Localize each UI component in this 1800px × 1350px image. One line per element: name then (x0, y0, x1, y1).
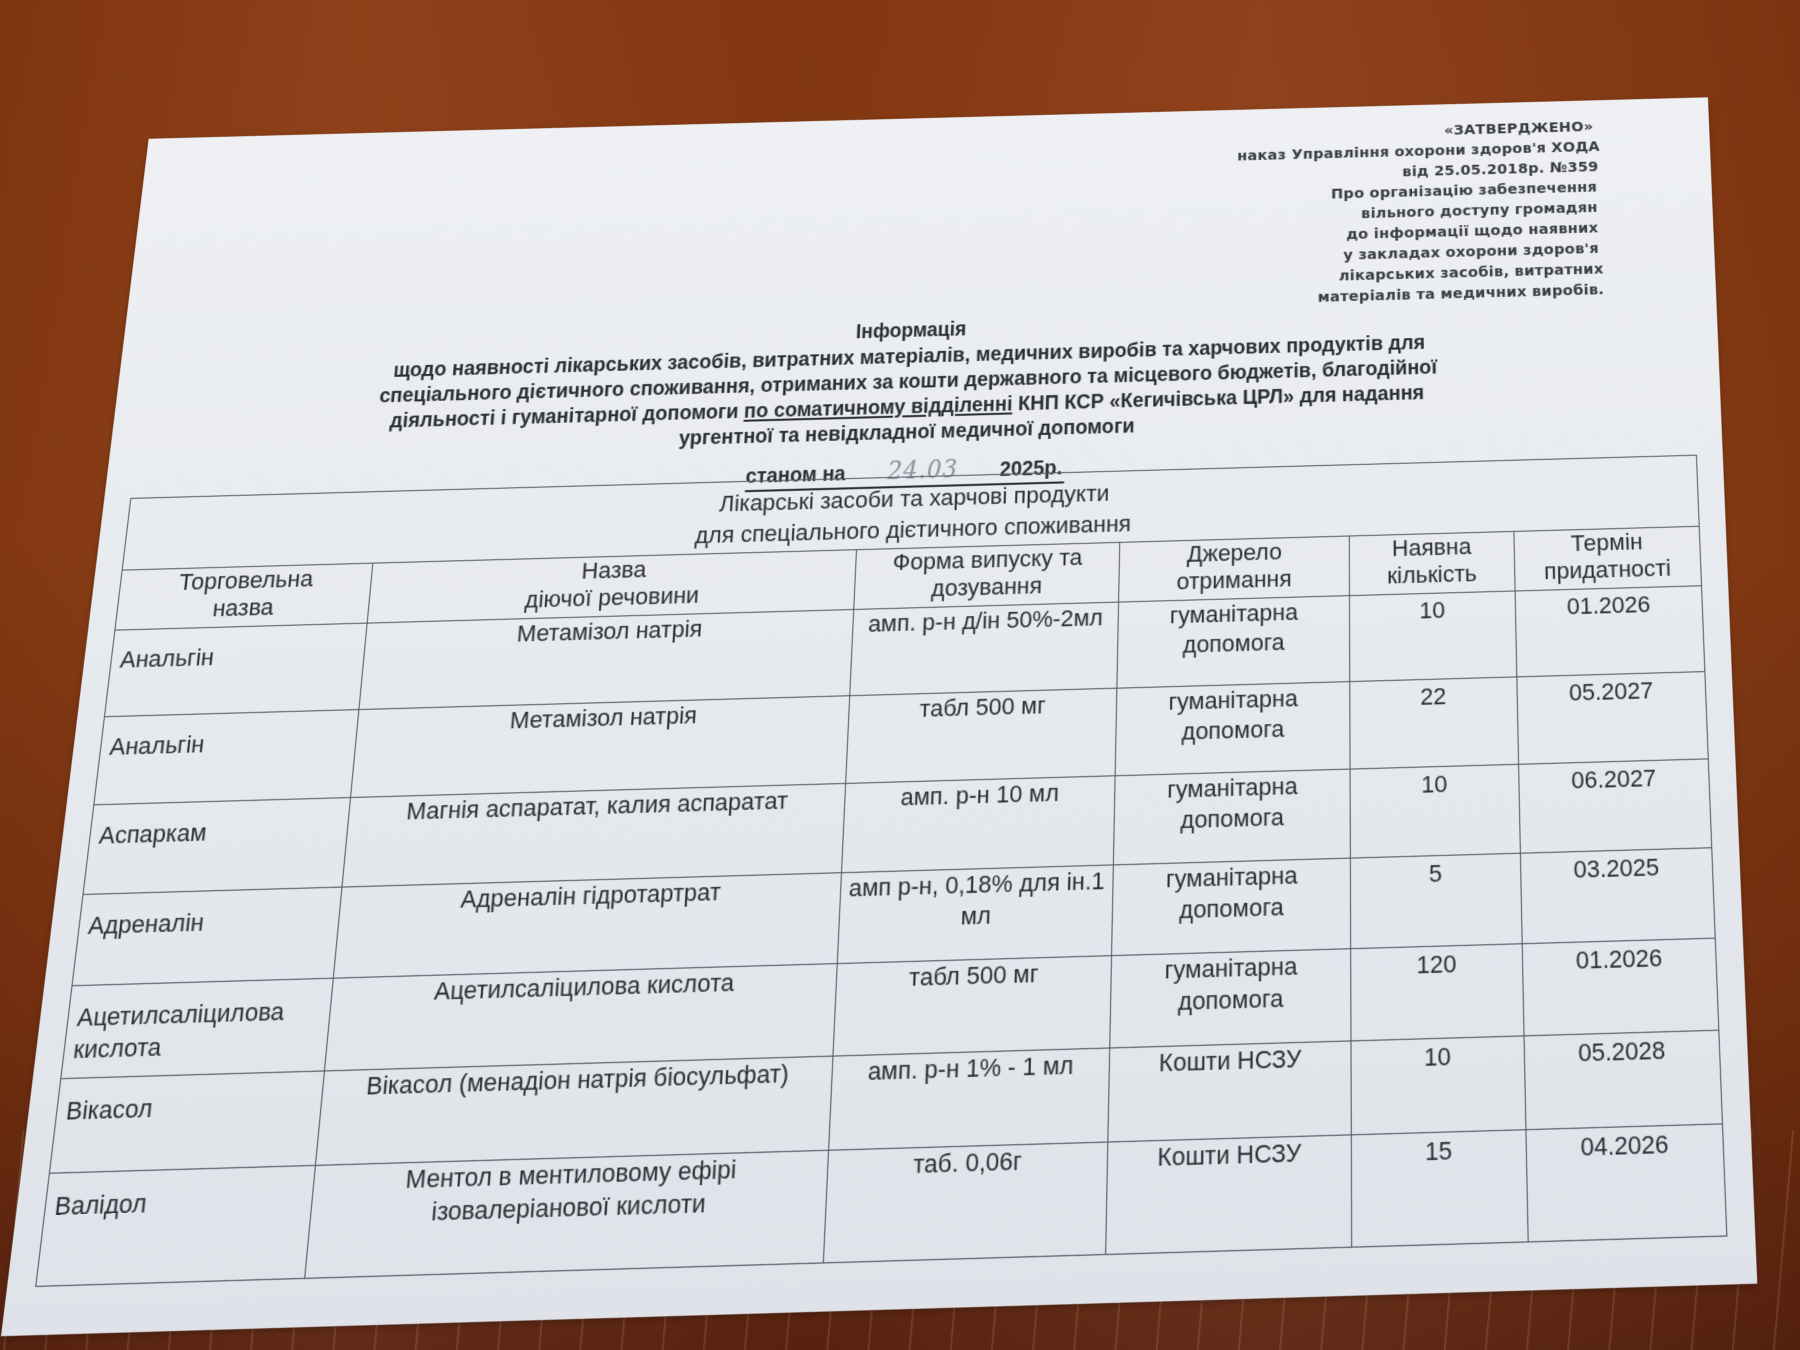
cell-trade-name: Анальгін (104, 623, 367, 717)
cell-dosage-form: табл 500 мг (846, 688, 1117, 783)
cell-expiry-date: 05.2027 (1516, 672, 1708, 765)
cell-source: гуманітарна допомога (1117, 596, 1350, 689)
cell-active-substance: Вікасол (менадіон натрія біосульфат) (316, 1056, 833, 1165)
cell-expiry-date: 04.2026 (1525, 1124, 1726, 1242)
column-header-quantity: Наявнакількість (1349, 531, 1514, 595)
column-header-text: отримання (1125, 564, 1343, 597)
cell-dosage-form: таб. 0,06г (823, 1142, 1107, 1263)
cell-trade-name: Валідол (36, 1165, 316, 1286)
photo-scene: «ЗАТВЕРДЖЕНО» наказ Управління охорони з… (0, 0, 1800, 1350)
cell-source: Кошти НСЗУ (1105, 1135, 1351, 1255)
cell-trade-name: Вікасол (49, 1071, 324, 1173)
cell-trade-name: Аспаркам (83, 798, 351, 895)
cell-source: гуманітарна допомога (1109, 949, 1351, 1048)
column-header-expiry-date: Термінпридатності (1513, 526, 1701, 591)
cell-expiry-date: 01.2026 (1515, 586, 1705, 677)
column-header-text: Наявна (1356, 532, 1507, 563)
cell-trade-name: Ацетилсаліцилова кислота (61, 978, 334, 1078)
cell-trade-name: Адреналін (72, 887, 342, 986)
inventory-table-container: Лікарські засоби та харчові продукти для… (35, 455, 1727, 1287)
column-header-text: придатності (1521, 554, 1695, 586)
cell-active-substance: Ацетилсаліцилова кислота (325, 964, 837, 1071)
cell-expiry-date: 03.2025 (1520, 848, 1715, 944)
cell-dosage-form: амп. р-н 1% - 1 мл (829, 1048, 1110, 1150)
cell-quantity: 22 (1350, 677, 1518, 769)
cell-source: гуманітарна допомога (1113, 769, 1350, 865)
cell-quantity: 15 (1351, 1130, 1527, 1247)
cell-quantity: 10 (1350, 764, 1520, 858)
cell-quantity: 10 (1350, 591, 1517, 682)
cell-quantity: 10 (1351, 1036, 1525, 1135)
column-header-trade-name: Торговельнаназва (115, 563, 373, 630)
cell-expiry-date: 06.2027 (1518, 759, 1712, 853)
cell-dosage-form: табл 500 мг (833, 956, 1111, 1056)
cell-source: гуманітарна допомога (1111, 858, 1351, 956)
cell-dosage-form: амп. р-н 10 мл (841, 776, 1114, 873)
inventory-table: Лікарські засоби та харчові продукти для… (35, 455, 1727, 1287)
cell-source: Кошти НСЗУ (1108, 1041, 1352, 1142)
cell-quantity: 5 (1351, 853, 1522, 948)
cell-active-substance: Ментол в ментиловому ефірі ізовалеріанов… (305, 1150, 829, 1278)
column-header-dosage-form: Форма випуску тадозування (854, 542, 1120, 609)
cell-quantity: 120 (1351, 944, 1524, 1041)
cell-active-substance: Метамізол натрія (351, 696, 850, 798)
cell-dosage-form: амп. р-н д/ін 50%-2мл (850, 602, 1119, 696)
cell-active-substance: Метамізол натрія (359, 609, 854, 709)
column-header-text: назва (122, 591, 363, 625)
column-header-source: Джерелоотримання (1118, 536, 1349, 602)
cell-trade-name: Анальгін (94, 710, 359, 805)
cell-active-substance: Магнія аспаратат, калия аспаратат (342, 783, 845, 887)
column-header-text: кількість (1356, 559, 1507, 590)
cell-expiry-date: 05.2028 (1524, 1030, 1723, 1130)
table-body: АнальгінМетамізол натріяамп. р-н д/ін 50… (36, 586, 1727, 1287)
cell-dosage-form: амп р-н, 0,18% для ін.1 мл (837, 865, 1113, 964)
paper-sheet: «ЗАТВЕРДЖЕНО» наказ Управління охорони з… (1, 97, 1757, 1336)
approval-stamp-block: «ЗАТВЕРДЖЕНО» наказ Управління охорони з… (1075, 117, 1605, 315)
cell-active-substance: Адреналін гідротартрат (334, 873, 842, 978)
cell-source: гуманітарна допомога (1115, 682, 1350, 776)
cell-expiry-date: 01.2026 (1522, 938, 1719, 1036)
